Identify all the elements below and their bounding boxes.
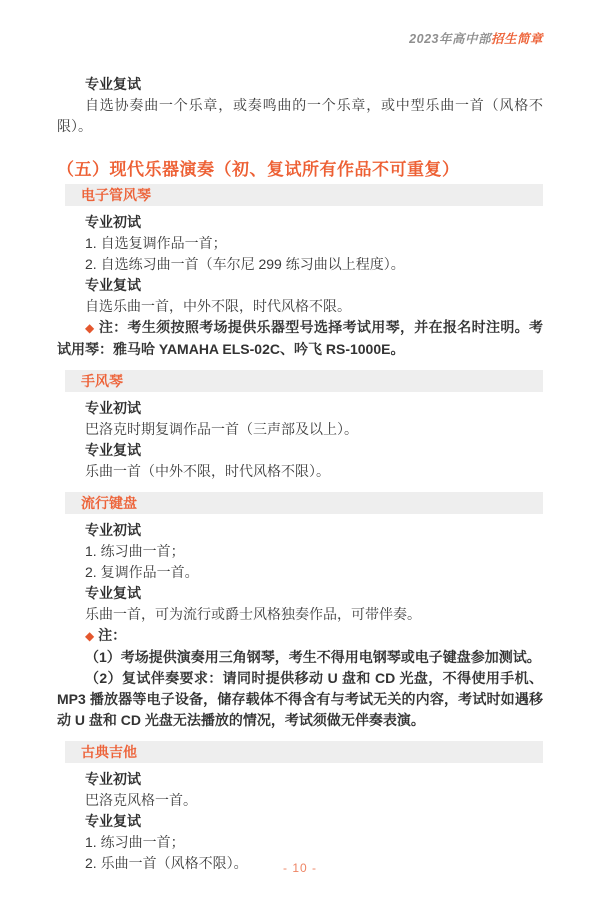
electronic-organ-title: 电子管风琴 [81,187,151,203]
organ-round1-label: 专业初试 [57,212,543,233]
pop-keyboard-note-label: ◆ 注： [57,625,543,647]
note-diamond-icon: ◆ [85,321,95,335]
accordion-title: 手风琴 [81,373,123,389]
organ-round1-item: 1. 自选复调作品一首； [57,233,543,254]
pop-keyboard-round2-text: 乐曲一首，可为流行或爵士风格独奏作品，可带伴奏。 [57,604,543,625]
page-header: 2023年高中部招生简章 [409,29,543,47]
organ-note-text: 注：考生须按照考场提供乐器型号选择考试用琴，并在报名时注明。考试用琴：雅马哈 Y… [57,319,543,357]
pop-keyboard-note-item: （2）复试伴奏要求：请同时提供移动 U 盘和 CD 光盘，不得使用手机、MP3 … [57,668,543,731]
organ-round2-label: 专业复试 [57,275,543,296]
guitar-round1-text: 巴洛克风格一首。 [57,790,543,811]
guitar-round2-item: 1. 练习曲一首； [57,832,543,853]
header-brochure-text: 招生简章 [491,32,543,46]
organ-note: ◆ 注：考生须按照考场提供乐器型号选择考试用琴，并在报名时注明。考试用琴：雅马哈… [57,317,543,360]
pop-keyboard-note-item: （1）考场提供演奏用三角钢琴，考生不得用电钢琴或电子键盘参加测试。 [57,647,543,668]
note-diamond-icon: ◆ [85,629,94,643]
organ-round1-item: 2. 自选练习曲一首（车尔尼 299 练习曲以上程度）。 [57,254,543,275]
accordion-round1-label: 专业初试 [57,398,543,419]
intro-round2-text: 自选协奏曲一个乐章，或奏鸣曲的一个乐章，或中型乐曲一首（风格不限）。 [57,95,543,137]
pop-keyboard-round2-label: 专业复试 [57,583,543,604]
guitar-round1-label: 专业初试 [57,769,543,790]
page-number: - 10 - [0,861,600,875]
pop-keyboard-note-label-text: 注： [98,627,126,643]
guitar-round2-label: 专业复试 [57,811,543,832]
document-body: 专业复试 自选协奏曲一个乐章，或奏鸣曲的一个乐章，或中型乐曲一首（风格不限）。 … [57,74,543,874]
pop-keyboard-round1-item: 1. 练习曲一首； [57,541,543,562]
section-bar-electronic-organ: 电子管风琴 [65,184,543,206]
header-edition-text: 2023年高中部 [409,32,491,46]
accordion-round2-text: 乐曲一首（中外不限，时代风格不限）。 [57,461,543,482]
section-bar-accordion: 手风琴 [65,370,543,392]
section-bar-pop-keyboard: 流行键盘 [65,492,543,514]
pop-keyboard-title: 流行键盘 [81,495,137,511]
section5-heading: （五）现代乐器演奏（初、复试所有作品不可重复） [57,159,543,181]
pop-keyboard-round1-label: 专业初试 [57,520,543,541]
pop-keyboard-round1-item: 2. 复调作品一首。 [57,562,543,583]
organ-round2-text: 自选乐曲一首，中外不限，时代风格不限。 [57,296,543,317]
accordion-round2-label: 专业复试 [57,440,543,461]
intro-round2-label: 专业复试 [57,74,543,95]
section-bar-classical-guitar: 古典吉他 [65,741,543,763]
accordion-round1-text: 巴洛克时期复调作品一首（三声部及以上）。 [57,419,543,440]
classical-guitar-title: 古典吉他 [81,744,137,760]
